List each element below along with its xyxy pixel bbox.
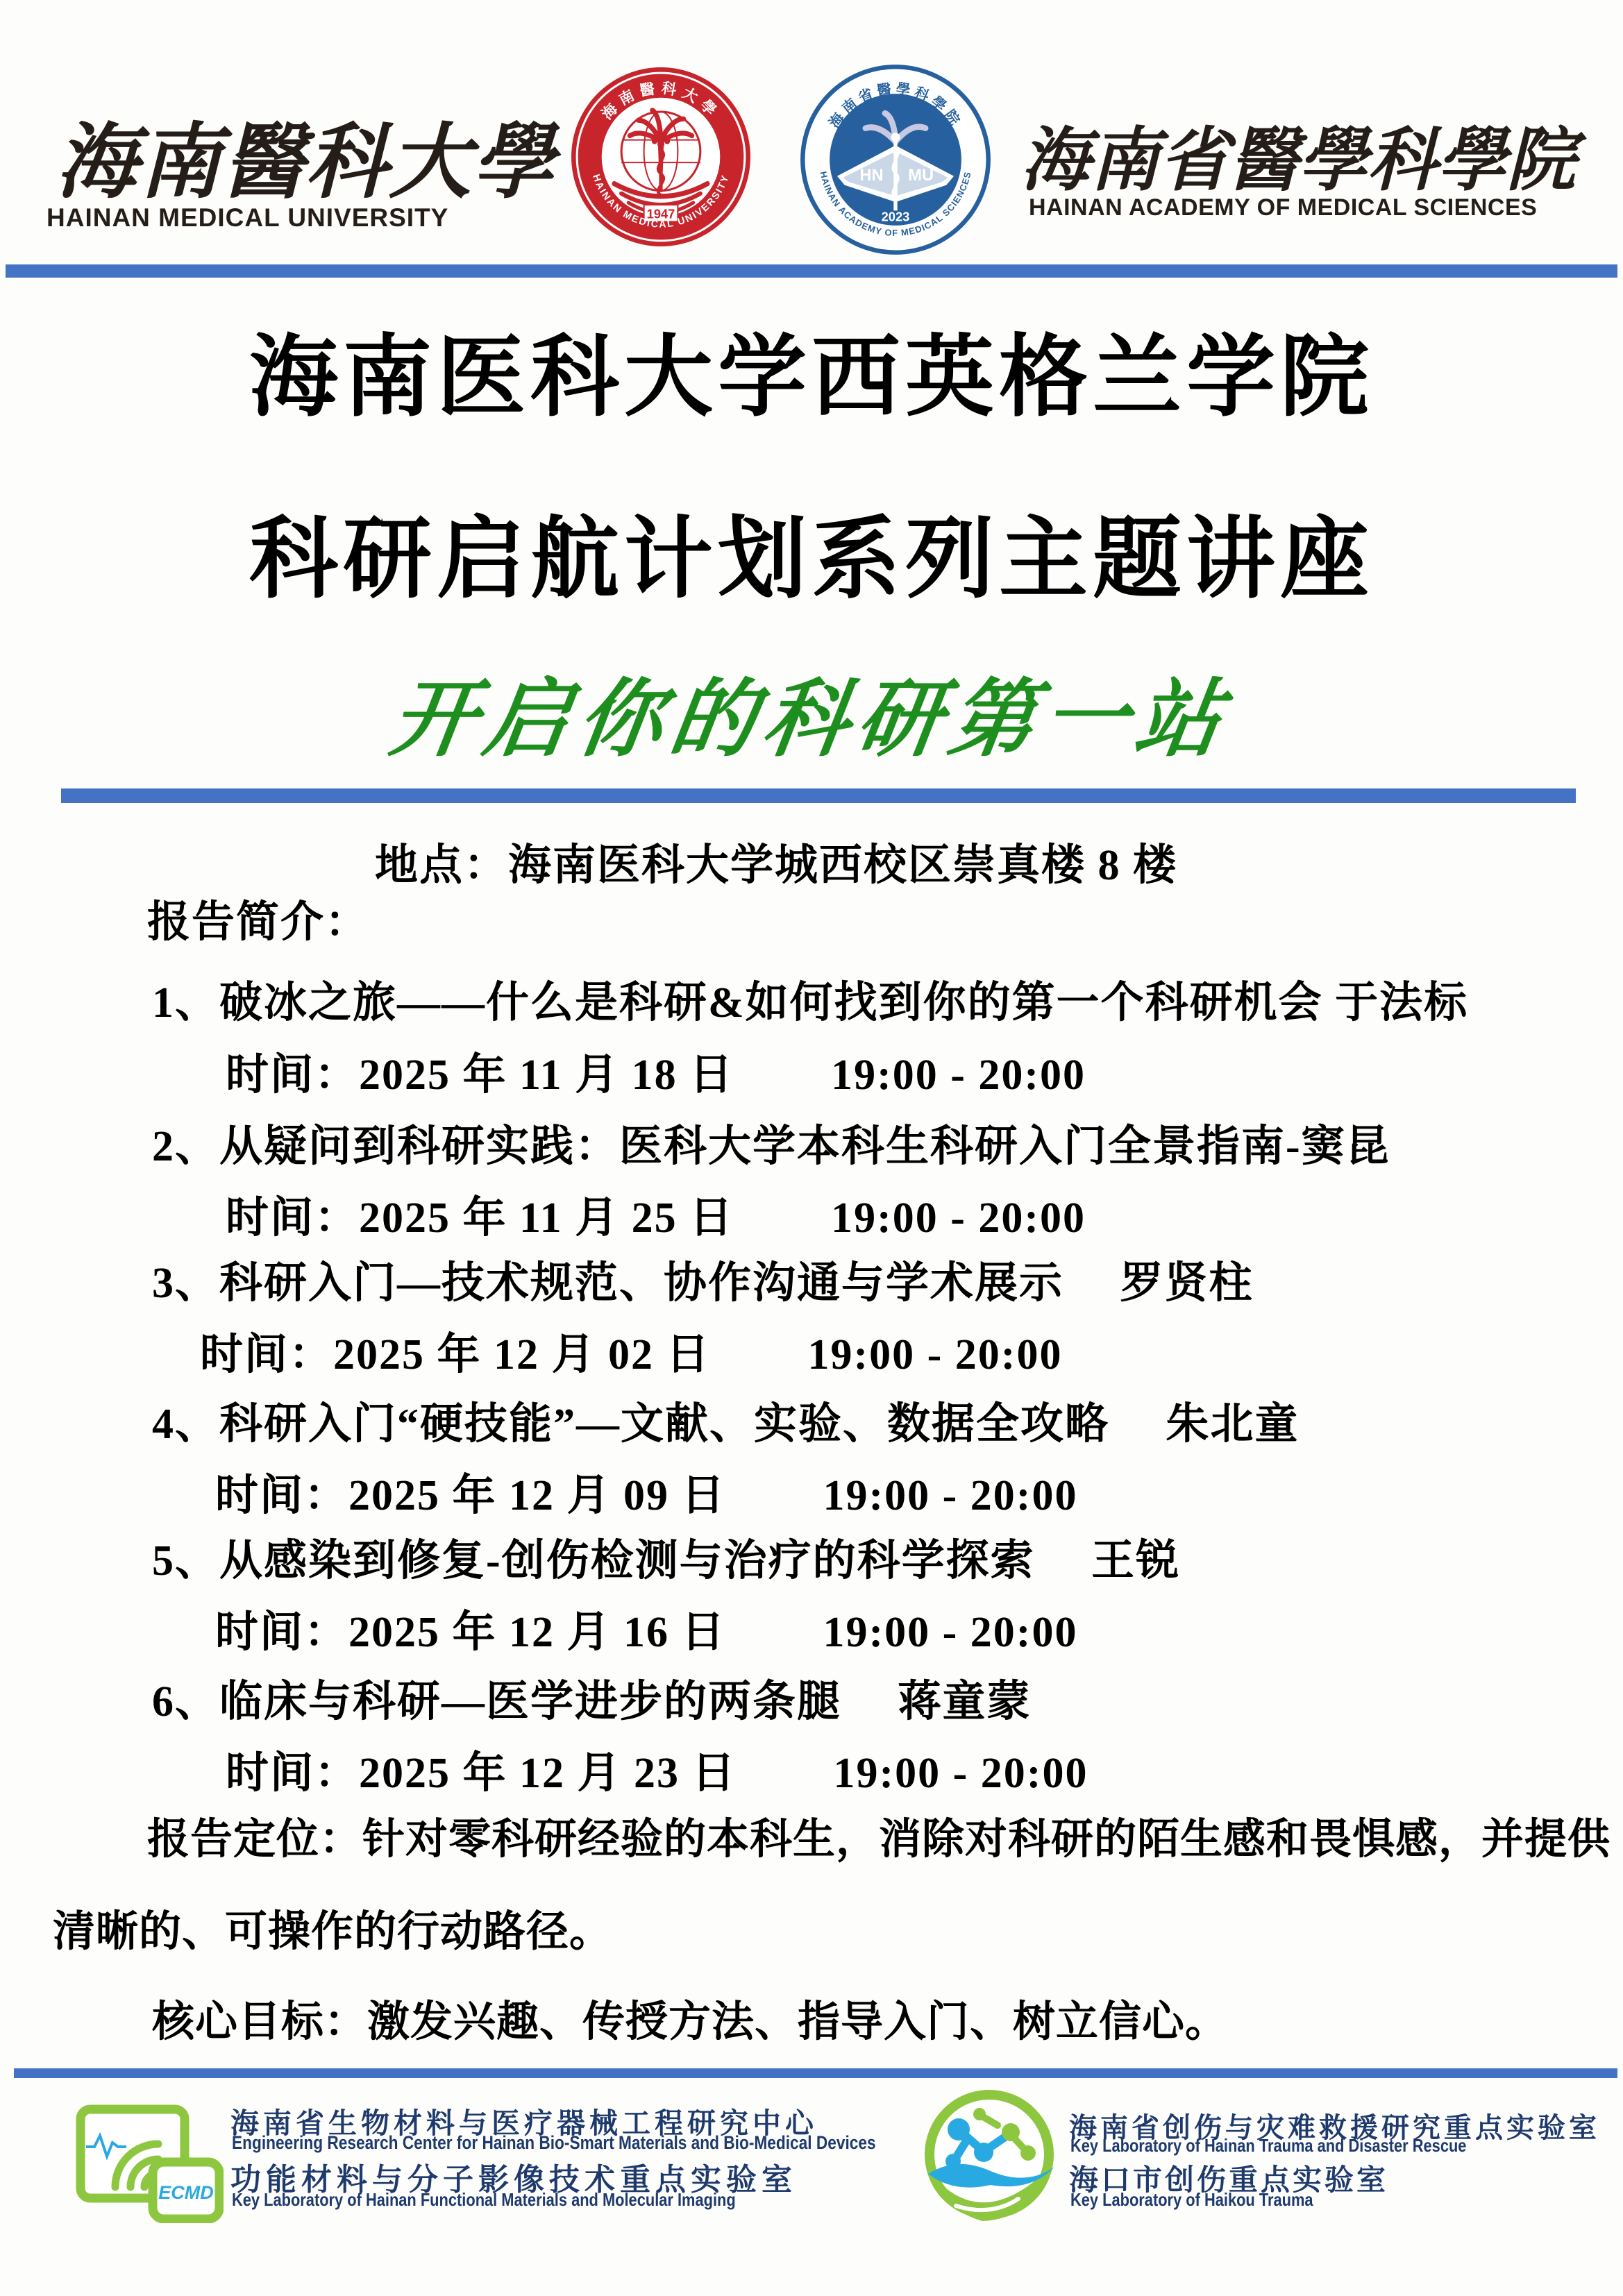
hmu-english-title: HAINAN MEDICAL UNIVERSITY	[47, 203, 448, 233]
hmu-seal-icon: 1947 海南醫科大學 HAINAN MEDICAL UNIVERSITY	[571, 67, 751, 247]
lecture-1-time: 时间：2025 年 11 月 18 日 19:00 - 20:00	[226, 1040, 1086, 1101]
lecture-1-title: 1、破冰之旅——什么是科研&如何找到你的第一个科研机会 于法标	[152, 968, 1468, 1029]
ecmd-logo-icon: ECMD	[75, 2104, 224, 2223]
intro-label: 报告简介：	[147, 887, 369, 949]
hams-seal-year: 2023	[882, 209, 910, 223]
lecture-2-time: 时间：2025 年 11 月 25 日 19:00 - 20:00	[226, 1183, 1086, 1244]
venue-line: 地点：海南医科大学城西校区崇真楼 8 楼	[375, 830, 1177, 892]
hams-calligraphy-title: 海南省醫學科學院	[1020, 104, 1576, 204]
footer-left-en-line2: Key Laboratory of Hainan Functional Mate…	[232, 2189, 736, 2211]
main-title-line1: 海南医科大学西英格兰学院	[249, 305, 1374, 433]
positioning-line2: 清晰的、可操作的行动路径。	[53, 1898, 612, 1958]
hams-seal-mu: MU	[908, 167, 934, 185]
hams-english-title: HAINAN ACADEMY OF MEDICAL SCIENCES	[1029, 194, 1537, 221]
lecture-3-title: 3、科研入门—技术规范、协作沟通与学术展示 罗贤柱	[152, 1248, 1254, 1310]
lecture-5-time: 时间：2025 年 12 月 16 日 19:00 - 20:00	[215, 1597, 1077, 1659]
lecture-4-title: 4、科研入门“硬技能”—文献、实验、数据全攻略 朱北童	[152, 1389, 1300, 1451]
footer-right-en-line1: Key Laboratory of Hainan Trauma and Disa…	[1070, 2135, 1466, 2156]
positioning-line1: 报告定位：针对零科研经验的本科生，消除对科研的陌生感和畏惧感，并提供	[147, 1805, 1611, 1866]
goal-line: 核心目标：激发兴趣、传授方法、指导入门、树立信心。	[152, 1988, 1228, 2048]
hams-seal-icon: HN MU 2023 海南省醫學科學院 HAINAN ACADEMY OF ME…	[800, 64, 991, 255]
main-title-line2: 科研启航计划系列主题讲座	[249, 487, 1374, 615]
trauma-lab-logo-icon	[914, 2088, 1063, 2230]
subtitle-green: 开启你的科研第一站	[385, 651, 1239, 773]
lecture-2-title: 2、从疑问到科研实践：医科大学本科生科研入门全景指南-窦昆	[152, 1111, 1390, 1173]
lecture-6-time: 时间：2025 年 12 月 23 日 19:00 - 20:00	[226, 1738, 1088, 1800]
hams-seal-hn: HN	[859, 167, 883, 185]
middle-divider-bar	[61, 788, 1576, 803]
top-divider-bar	[6, 264, 1617, 278]
ecmd-logo-text: ECMD	[158, 2182, 214, 2203]
lecture-6-title: 6、临床与科研—医学进步的两条腿 蒋童蒙	[152, 1666, 1032, 1728]
bottom-divider-bar	[14, 2068, 1617, 2078]
footer-right-en-line2: Key Laboratory of Haikou Trauma	[1070, 2189, 1313, 2211]
footer-left-en-line1: Engineering Research Center for Hainan B…	[232, 2132, 876, 2154]
lecture-3-time: 时间：2025 年 12 月 02 日 19:00 - 20:00	[200, 1319, 1062, 1381]
hmu-calligraphy-title: 海南醫科大學	[56, 96, 555, 214]
poster-page: 海南醫科大學 HAINAN MEDICAL UNIVERSITY	[0, 0, 1623, 2296]
lecture-5-title: 5、从感染到修复-创伤检测与治疗的科学探索 王锐	[152, 1526, 1180, 1587]
lecture-4-time: 时间：2025 年 12 月 09 日 19:00 - 20:00	[215, 1460, 1077, 1522]
